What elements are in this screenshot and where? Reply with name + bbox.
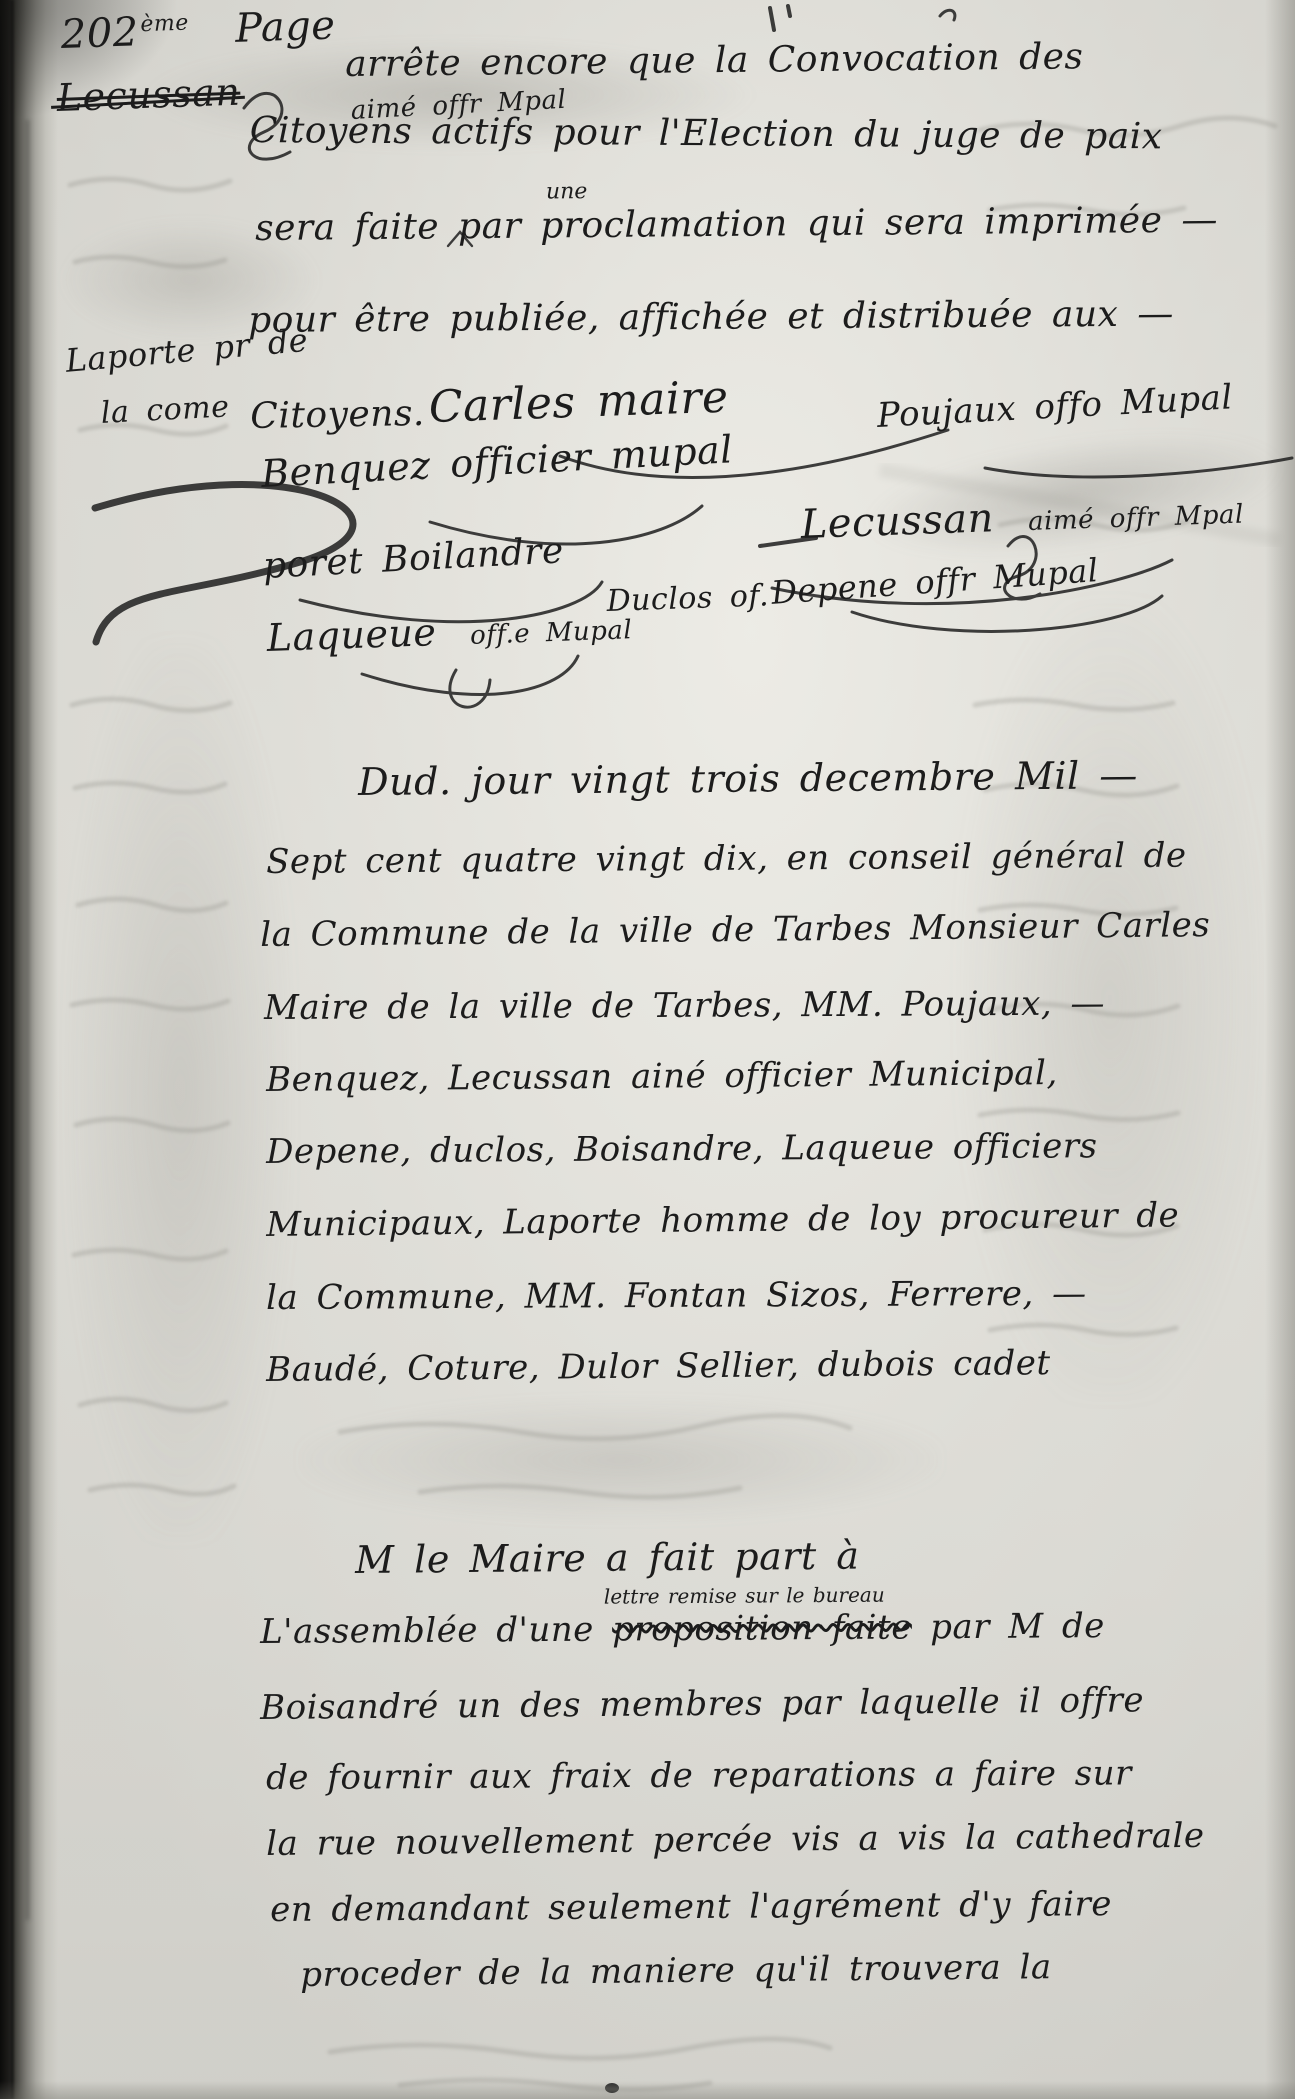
signature-boisandre: poret Boilandre [262,530,565,587]
decree-line-3-pre: sera faite par [255,206,521,249]
crossed-signature-lecussan: Lecussan [56,70,241,120]
inserted-word: une [546,179,588,204]
signature-laqueue-name: Laqueue [266,610,437,660]
page-edge-right [1265,0,1295,2099]
letter-line-1: M le Maire a fait part à [355,1534,860,1582]
decree-line-1: arrête encore que la Convocation des [345,36,1084,85]
signature-laqueue: Laqueue off.e Mupal [266,603,633,660]
signature-lecussan-name: Lecussan [800,495,995,548]
decree-line-3: sera faite par une proclamation qui sera… [255,200,1218,249]
session-line: Dud. jour vingt trois decembre Mil — [358,753,1138,804]
page-number-suffix: ème [140,11,189,38]
session-line: Municipaux, Laporte homme de loy procure… [266,1195,1179,1245]
bleedthrough-smudge [70,640,290,1540]
session-line: Sept cent quatre vingt dix, en conseil g… [266,836,1187,882]
page-number-value: 202 [60,9,139,58]
session-line: Baudé, Coture, Dulor Sellier, dubois cad… [266,1343,1051,1390]
margin-note-commune: la come [100,389,230,431]
signature-lecussan: Lecussan aimé offr Mpal [800,487,1244,548]
letter-line-2: L'assemblée d'une lettre remise sur le b… [260,1606,1105,1652]
margin-note-laporte: Laporte pr de [64,321,310,380]
decree-line-4: pour être publiée, affichée et distribué… [248,294,1174,341]
book-gutter-edge [0,0,58,2099]
session-line: la Commune, MM. Fontan Sizos, Ferrere, — [266,1274,1087,1318]
manuscript-page: 202ème Page Lecussan aimé offr Mpal arrê… [0,0,1295,2099]
letter-line: de fournir aux fraix de reparations a fa… [266,1753,1132,1798]
correction-block: lettre remise sur le bureau proposition … [612,1607,930,1649]
letter-line-2-pre: L'assemblée d'une [260,1610,594,1652]
signature-carles: Carles maire [428,372,729,433]
decree-line-3-post: proclamation qui sera imprimée — [540,200,1218,247]
letter-line: en demandant seulement l'agrément d'y fa… [270,1884,1112,1930]
session-line: la Commune de la ville de Tarbes Monsieu… [260,905,1210,955]
letter-line: la rue nouvellement percée vis a vis la … [266,1816,1205,1864]
page-number-word: Page [234,2,336,51]
letter-line: proceder de la maniere qu'il trouvera la [300,1947,1052,1995]
signature-lecussan-title: aimé offr Mpal [1028,500,1245,538]
gutter-streak [10,0,14,2099]
session-line: Benquez, Lecussan ainé officier Municipa… [266,1053,1058,1100]
session-line: Maire de la ville de Tarbes, MM. Poujaux… [264,984,1105,1028]
signature-laqueue-title: off.e Mupal [470,615,633,651]
session-line: Depene, duclos, Boisandre, Laqueue offic… [266,1126,1098,1172]
letter-line-2-post: par M de [930,1606,1105,1647]
signature-benquez: Benquez officier mupal [260,427,734,496]
page-edge-bottom [0,2081,1295,2099]
inserted-phrase: lettre remise sur le bureau [604,1583,885,1609]
signature-depene: Depene offr Mupal [770,551,1100,612]
letter-line: Boisandré un des membres par laquelle il… [260,1680,1144,1728]
page-number: 202ème Page [60,2,336,58]
gutter-streak [26,120,29,1920]
bleedthrough-smudge [300,1400,940,1520]
struck-out-phrase: proposition faite [612,1607,912,1649]
decree-line-2: Citoyens actifs pour l'Election du juge … [250,110,1163,157]
signature-poujaux: Poujaux offo Mupal [876,377,1234,436]
citoyens-label: Citoyens. [250,393,425,437]
